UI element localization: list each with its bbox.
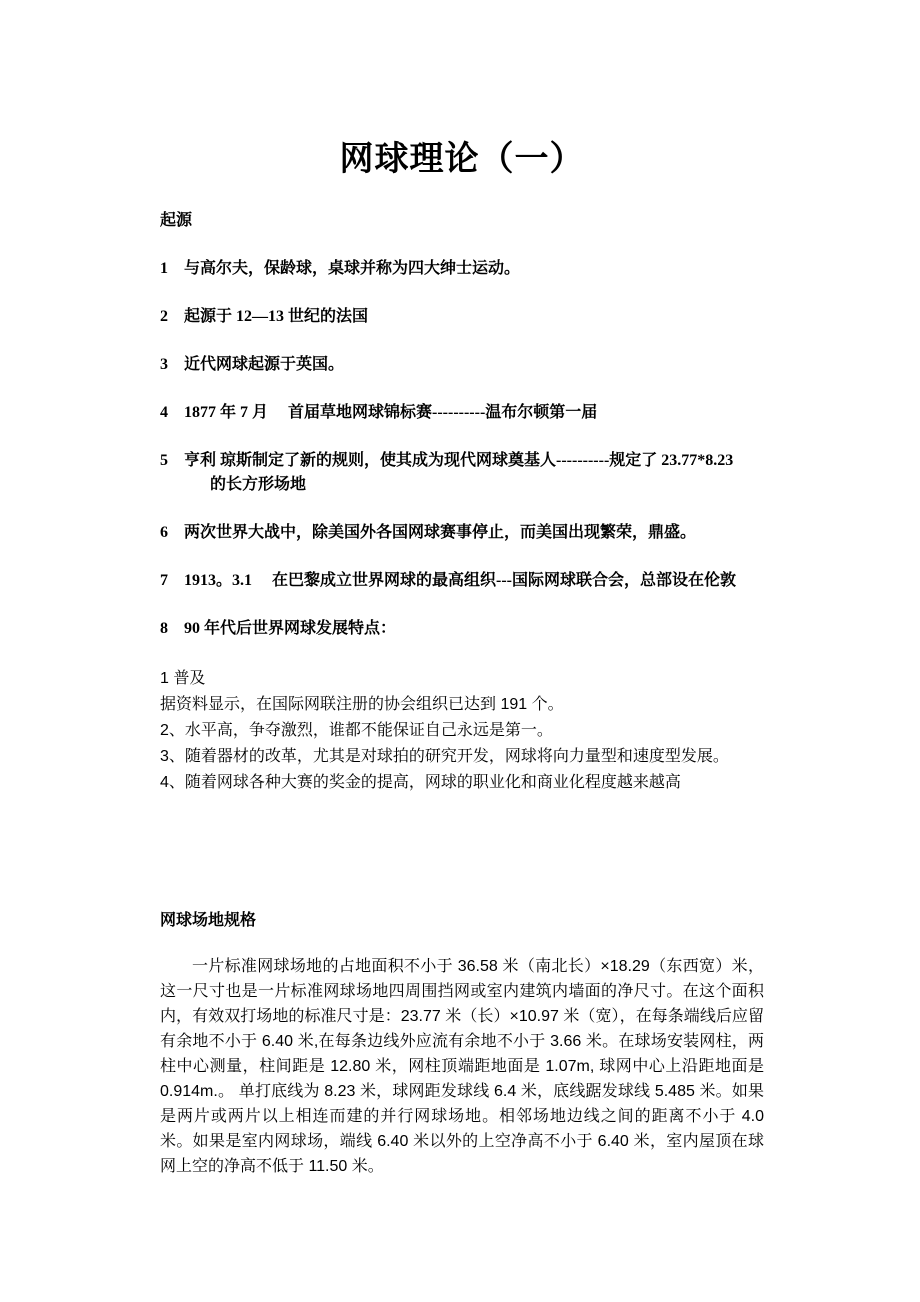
development-point: 据资料显示，在国际网联注册的协会组织已达到 191 个。 [160, 692, 764, 718]
list-item-line: 6两次世界大战中，除美国外各国网球赛事停止，而美国出现繁荣，鼎盛。 [160, 521, 764, 545]
list-item: 1与高尔夫，保龄球，桌球并称为四大绅士运动。 [160, 257, 764, 281]
development-point: 1 普及 [160, 666, 764, 692]
list-item-text: 起源于 12—13 世纪的法国 [184, 308, 368, 325]
list-item-line: 3近代网球起源于英国。 [160, 353, 764, 377]
list-item-number: 2 [160, 305, 184, 329]
document-title: 网球理论（一） [160, 137, 764, 183]
list-item-number: 4 [160, 401, 184, 425]
list-item: 3近代网球起源于英国。 [160, 353, 764, 377]
court-paragraph: 一片标准网球场地的占地面积不小于 36.58 米（南北长）×18.29（东西宽）… [160, 954, 764, 1179]
list-item-number: 8 [160, 617, 184, 641]
court-section-heading: 网球场地规格 [160, 909, 764, 933]
list-item-line: 41877 年 7 月 首届草地网球锦标赛----------温布尔顿第一届 [160, 401, 764, 425]
list-item-line: 1与高尔夫，保龄球，桌球并称为四大绅士运动。 [160, 257, 764, 281]
list-item-number: 7 [160, 569, 184, 593]
origin-section-heading: 起源 [160, 209, 764, 233]
list-item-number: 6 [160, 521, 184, 545]
list-item-text: 两次世界大战中，除美国外各国网球赛事停止，而美国出现繁荣，鼎盛。 [184, 524, 696, 541]
list-item-number: 5 [160, 449, 184, 473]
document-page: 网球理论（一） 起源 1与高尔夫，保龄球，桌球并称为四大绅士运动。 2起源于 1… [0, 0, 920, 1302]
list-item-number: 1 [160, 257, 184, 281]
development-point: 2、水平高，争夺激烈，谁都不能保证自己永远是第一。 [160, 718, 764, 744]
list-item-line: 890 年代后世界网球发展特点： [160, 617, 764, 641]
list-item: 2起源于 12—13 世纪的法国 [160, 305, 764, 329]
list-item-text: 亨利 琼斯制定了新的规则，使其成为现代网球奠基人----------规定了 23… [184, 452, 733, 469]
list-item-text: 1877 年 7 月 首届草地网球锦标赛----------温布尔顿第一届 [184, 404, 597, 421]
list-item-number: 3 [160, 353, 184, 377]
list-item-text: 1913。3.1 在巴黎成立世界网球的最高组织---国际网球联合会，总部设在伦敦 [184, 572, 736, 589]
list-item: 890 年代后世界网球发展特点： [160, 617, 764, 641]
list-item-line: 71913。3.1 在巴黎成立世界网球的最高组织---国际网球联合会，总部设在伦… [160, 569, 764, 593]
list-item: 41877 年 7 月 首届草地网球锦标赛----------温布尔顿第一届 [160, 401, 764, 425]
development-point: 3、随着器材的改革，尤其是对球拍的研究开发，网球将向力量型和速度型发展。 [160, 744, 764, 770]
list-item-line: 2起源于 12—13 世纪的法国 [160, 305, 764, 329]
list-item-continuation: 的长方形场地 [160, 473, 764, 497]
list-item-text: 与高尔夫，保龄球，桌球并称为四大绅士运动。 [184, 260, 520, 277]
list-item: 71913。3.1 在巴黎成立世界网球的最高组织---国际网球联合会，总部设在伦… [160, 569, 764, 593]
list-item: 5亨利 琼斯制定了新的规则，使其成为现代网球奠基人----------规定了 2… [160, 449, 764, 497]
list-item-line: 5亨利 琼斯制定了新的规则，使其成为现代网球奠基人----------规定了 2… [160, 449, 764, 473]
list-item-text: 近代网球起源于英国。 [184, 356, 344, 373]
development-point: 4、随着网球各种大赛的奖金的提高，网球的职业化和商业化程度越来越高 [160, 770, 764, 796]
list-item: 6两次世界大战中，除美国外各国网球赛事停止，而美国出现繁荣，鼎盛。 [160, 521, 764, 545]
list-item-text: 90 年代后世界网球发展特点： [184, 620, 396, 637]
development-points: 1 普及 据资料显示，在国际网联注册的协会组织已达到 191 个。 2、水平高，… [160, 666, 764, 796]
document-content: 网球理论（一） 起源 1与高尔夫，保龄球，桌球并称为四大绅士运动。 2起源于 1… [160, 0, 764, 1195]
